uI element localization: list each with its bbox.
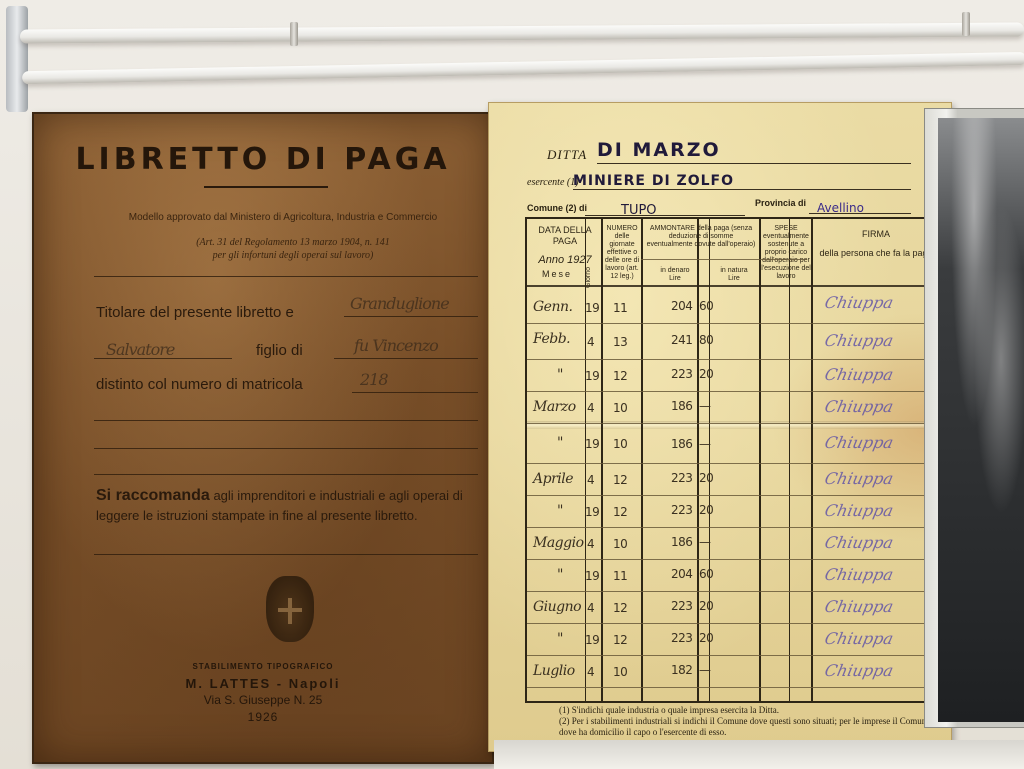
cell-mese: Giugno: [533, 599, 581, 615]
cell-lire: 223: [671, 503, 692, 517]
row-divider: [527, 463, 937, 464]
field-line: [585, 215, 745, 216]
cell-giorno: 19: [585, 301, 599, 315]
field-line: [344, 316, 478, 317]
cell-giorno: 4: [587, 401, 594, 415]
cell-cent: —: [699, 663, 711, 677]
cell-cent: —: [699, 399, 711, 413]
cell-lire: 223: [671, 599, 692, 613]
header-data: DATA DELLA PAGA Anno 1927: [531, 225, 599, 266]
wall-bottom-strip: [494, 740, 1024, 769]
cell-mese: ": [557, 567, 563, 583]
cell-lire: 204: [671, 299, 692, 313]
cell-giorno: 19: [585, 569, 599, 583]
cell-mese: Luglio: [533, 663, 575, 679]
cell-mese: ": [557, 631, 563, 647]
cell-giornate: 10: [613, 401, 627, 415]
cell-mese: Marzo: [533, 399, 576, 415]
col-divider: [709, 219, 710, 701]
printer-name: M. LATTES - Napoli: [34, 675, 492, 692]
field-matricola-label: distinto col numero di matricola: [96, 376, 303, 393]
cell-giornate: 12: [613, 601, 627, 615]
header-text: Lire: [709, 275, 759, 283]
col-divider: [811, 219, 813, 701]
header-numero: NUMERO delle giornate effettive o delle …: [603, 225, 641, 281]
cell-giorno: 19: [585, 437, 599, 451]
row-divider: [527, 359, 937, 360]
printer-imprint: STABILIMENTO TIPOGRAFICO M. LATTES - Nap…: [34, 658, 492, 726]
cell-giorno: 19: [585, 633, 599, 647]
signature: Chiuppa: [823, 597, 927, 617]
signature: Chiuppa: [823, 501, 927, 521]
handwritten-matricola: 218: [360, 370, 388, 389]
cell-cent: 20: [699, 471, 713, 485]
cell-lire: 186: [671, 437, 692, 451]
cell-giorno: 4: [587, 335, 594, 349]
cell-cent: 60: [699, 567, 713, 581]
field-figlio-label: figlio di: [256, 342, 303, 359]
header-text: DATA DELLA PAGA: [531, 225, 599, 247]
cell-giornate: 10: [613, 665, 627, 679]
cell-mese: Genn.: [533, 299, 572, 315]
col-divider: [697, 219, 699, 701]
cell-lire: 186: [671, 399, 692, 413]
cell-giorno: 4: [587, 601, 594, 615]
cell-giornate: 10: [613, 437, 627, 451]
cover-subtitle: Modello approvato dal Ministero di Agric…: [94, 212, 472, 223]
black-and-white-photo: [938, 118, 1024, 722]
cover-recommendation: Si raccomanda agli imprenditori e indust…: [96, 486, 478, 526]
crest-cross-horizontal: [278, 608, 302, 612]
divider: [94, 420, 478, 421]
cell-mese: Febb.: [533, 331, 570, 347]
cell-mese: ": [557, 367, 563, 383]
footnote-1: (1) S'indichi quale industria o quale im…: [529, 705, 941, 716]
signature: Chiuppa: [823, 533, 927, 553]
ditta-value: DI MARZO: [597, 139, 721, 161]
header-spese: SPESE eventualmente sostenute a proprio …: [761, 225, 811, 281]
cell-giornate: 11: [613, 569, 627, 583]
row-divider: [527, 591, 937, 592]
cell-lire: 204: [671, 567, 692, 581]
row-divider: [527, 559, 937, 560]
col-divider: [789, 219, 790, 701]
title-rule: [204, 186, 328, 188]
booklet-cover: LIBRETTO DI PAGA Modello approvato dal M…: [32, 112, 494, 764]
signature: Chiuppa: [823, 433, 927, 453]
article-line: per gli infortuni degli operai sul lavor…: [124, 249, 462, 262]
signature: Chiuppa: [823, 331, 927, 351]
printer-line: STABILIMENTO TIPOGRAFICO: [34, 658, 492, 675]
signature: Chiuppa: [823, 469, 927, 489]
field-line: [809, 213, 911, 214]
signature: Chiuppa: [823, 397, 927, 417]
conduit-clip: [962, 12, 970, 36]
cell-giornate: 10: [613, 537, 627, 551]
header-divider: [527, 285, 937, 287]
comune-label: Comune (2) di: [527, 203, 587, 213]
signature: Chiuppa: [823, 661, 927, 681]
royal-crest-icon: [266, 576, 314, 642]
cell-giornate: 12: [613, 473, 627, 487]
cell-cent: —: [699, 535, 711, 549]
col-divider: [641, 219, 643, 701]
cell-giornate: 11: [613, 301, 627, 315]
cell-giornate: 13: [613, 335, 627, 349]
row-divider: [527, 623, 937, 624]
cell-cent: 20: [699, 503, 713, 517]
cell-lire: 223: [671, 367, 692, 381]
header-ammontare: AMMONTARE della paga (senza deduzione di…: [645, 225, 757, 249]
cell-lire: 223: [671, 631, 692, 645]
ditta-label: DITTA: [547, 147, 587, 163]
handwritten-father: fu Vincenzo: [354, 336, 438, 355]
col-divider: [759, 219, 761, 701]
row-divider: [527, 687, 937, 688]
divider: [94, 448, 478, 449]
footnote-2: (2) Per i stabilimenti industriali si in…: [529, 716, 941, 738]
provincia-label: Provincia di: [755, 198, 806, 208]
conduit-junction-box: [6, 6, 28, 112]
cell-giorno: 4: [587, 473, 594, 487]
cell-lire: 223: [671, 471, 692, 485]
field-line: [597, 163, 911, 164]
signature: Chiuppa: [823, 293, 927, 313]
cover-article-reference: (Art. 31 del Regolamento 13 marzo 1904, …: [124, 236, 462, 262]
header-text: in denaro: [645, 267, 705, 275]
cell-giornate: 12: [613, 505, 627, 519]
cell-mese: Maggio: [533, 535, 584, 551]
divider: [94, 276, 478, 277]
cell-lire: 182: [671, 663, 692, 677]
pay-table: DATA DELLA PAGA Anno 1927 Mese Giorno NU…: [525, 217, 939, 703]
cell-cent: —: [699, 437, 711, 451]
header-divider: [641, 259, 807, 260]
row-divider: [527, 527, 937, 528]
cell-cent: 20: [699, 631, 713, 645]
col-divider: [585, 219, 586, 701]
cell-giorno: 4: [587, 537, 594, 551]
handwritten-name: Salvatore: [106, 340, 174, 359]
row-divider: [527, 391, 937, 392]
signature: Chiuppa: [823, 365, 927, 385]
cell-giorno: 4: [587, 665, 594, 679]
cell-cent: 80: [699, 333, 713, 347]
header-text: Lire: [645, 275, 705, 283]
header-text: della persona che fa la paga: [813, 248, 939, 259]
row-divider: [527, 495, 937, 496]
cell-mese: ": [557, 503, 563, 519]
cell-giorno: 19: [585, 505, 599, 519]
field-line: [352, 392, 478, 393]
field-titolare-label: Titolare del presente libretto e: [96, 304, 294, 321]
footnotes: (1) S'indichi quale industria o quale im…: [529, 705, 941, 738]
cell-giorno: 19: [585, 369, 599, 383]
divider: [94, 554, 478, 555]
signature: Chiuppa: [823, 565, 927, 585]
header-text: in natura: [709, 267, 759, 275]
header-in-denaro: in denaro Lire: [645, 267, 705, 283]
cell-giornate: 12: [613, 369, 627, 383]
conduit-clip: [290, 22, 298, 46]
pay-ledger-page: DITTA DI MARZO esercente (1) MINIERE DI …: [488, 102, 952, 752]
header-mese: Mese: [531, 269, 583, 280]
header-firma: FIRMA della persona che fa la paga: [813, 229, 939, 259]
cell-cent: 60: [699, 299, 713, 313]
cell-mese: ": [557, 435, 563, 451]
printer-year: 1926: [34, 709, 492, 726]
cell-mese: Aprile: [533, 471, 573, 487]
printer-address: Via S. Giuseppe N. 25: [34, 692, 492, 709]
row-divider: [527, 323, 937, 324]
col-divider: [601, 219, 603, 701]
signature: Chiuppa: [823, 629, 927, 649]
row-divider: [527, 423, 937, 424]
esercente-label: esercente (1): [527, 177, 579, 188]
cell-lire: 241: [671, 333, 692, 347]
divider: [94, 474, 478, 475]
header-in-natura: in natura Lire: [709, 267, 759, 283]
cell-cent: 20: [699, 367, 713, 381]
header-text: FIRMA: [813, 229, 939, 240]
cell-giornate: 12: [613, 633, 627, 647]
cell-cent: 20: [699, 599, 713, 613]
field-line: [573, 189, 911, 190]
field-line: [94, 358, 232, 359]
row-divider: [527, 655, 937, 656]
handwritten-titolare: Granduglione: [350, 294, 449, 313]
field-line: [334, 358, 478, 359]
article-line: (Art. 31 del Regolamento 13 marzo 1904, …: [124, 236, 462, 249]
cover-title: LIBRETTO DI PAGA: [34, 142, 492, 177]
cell-lire: 186: [671, 535, 692, 549]
esercente-value: MINIERE DI ZOLFO: [573, 173, 734, 189]
note-bold: Si raccomanda: [96, 487, 210, 504]
